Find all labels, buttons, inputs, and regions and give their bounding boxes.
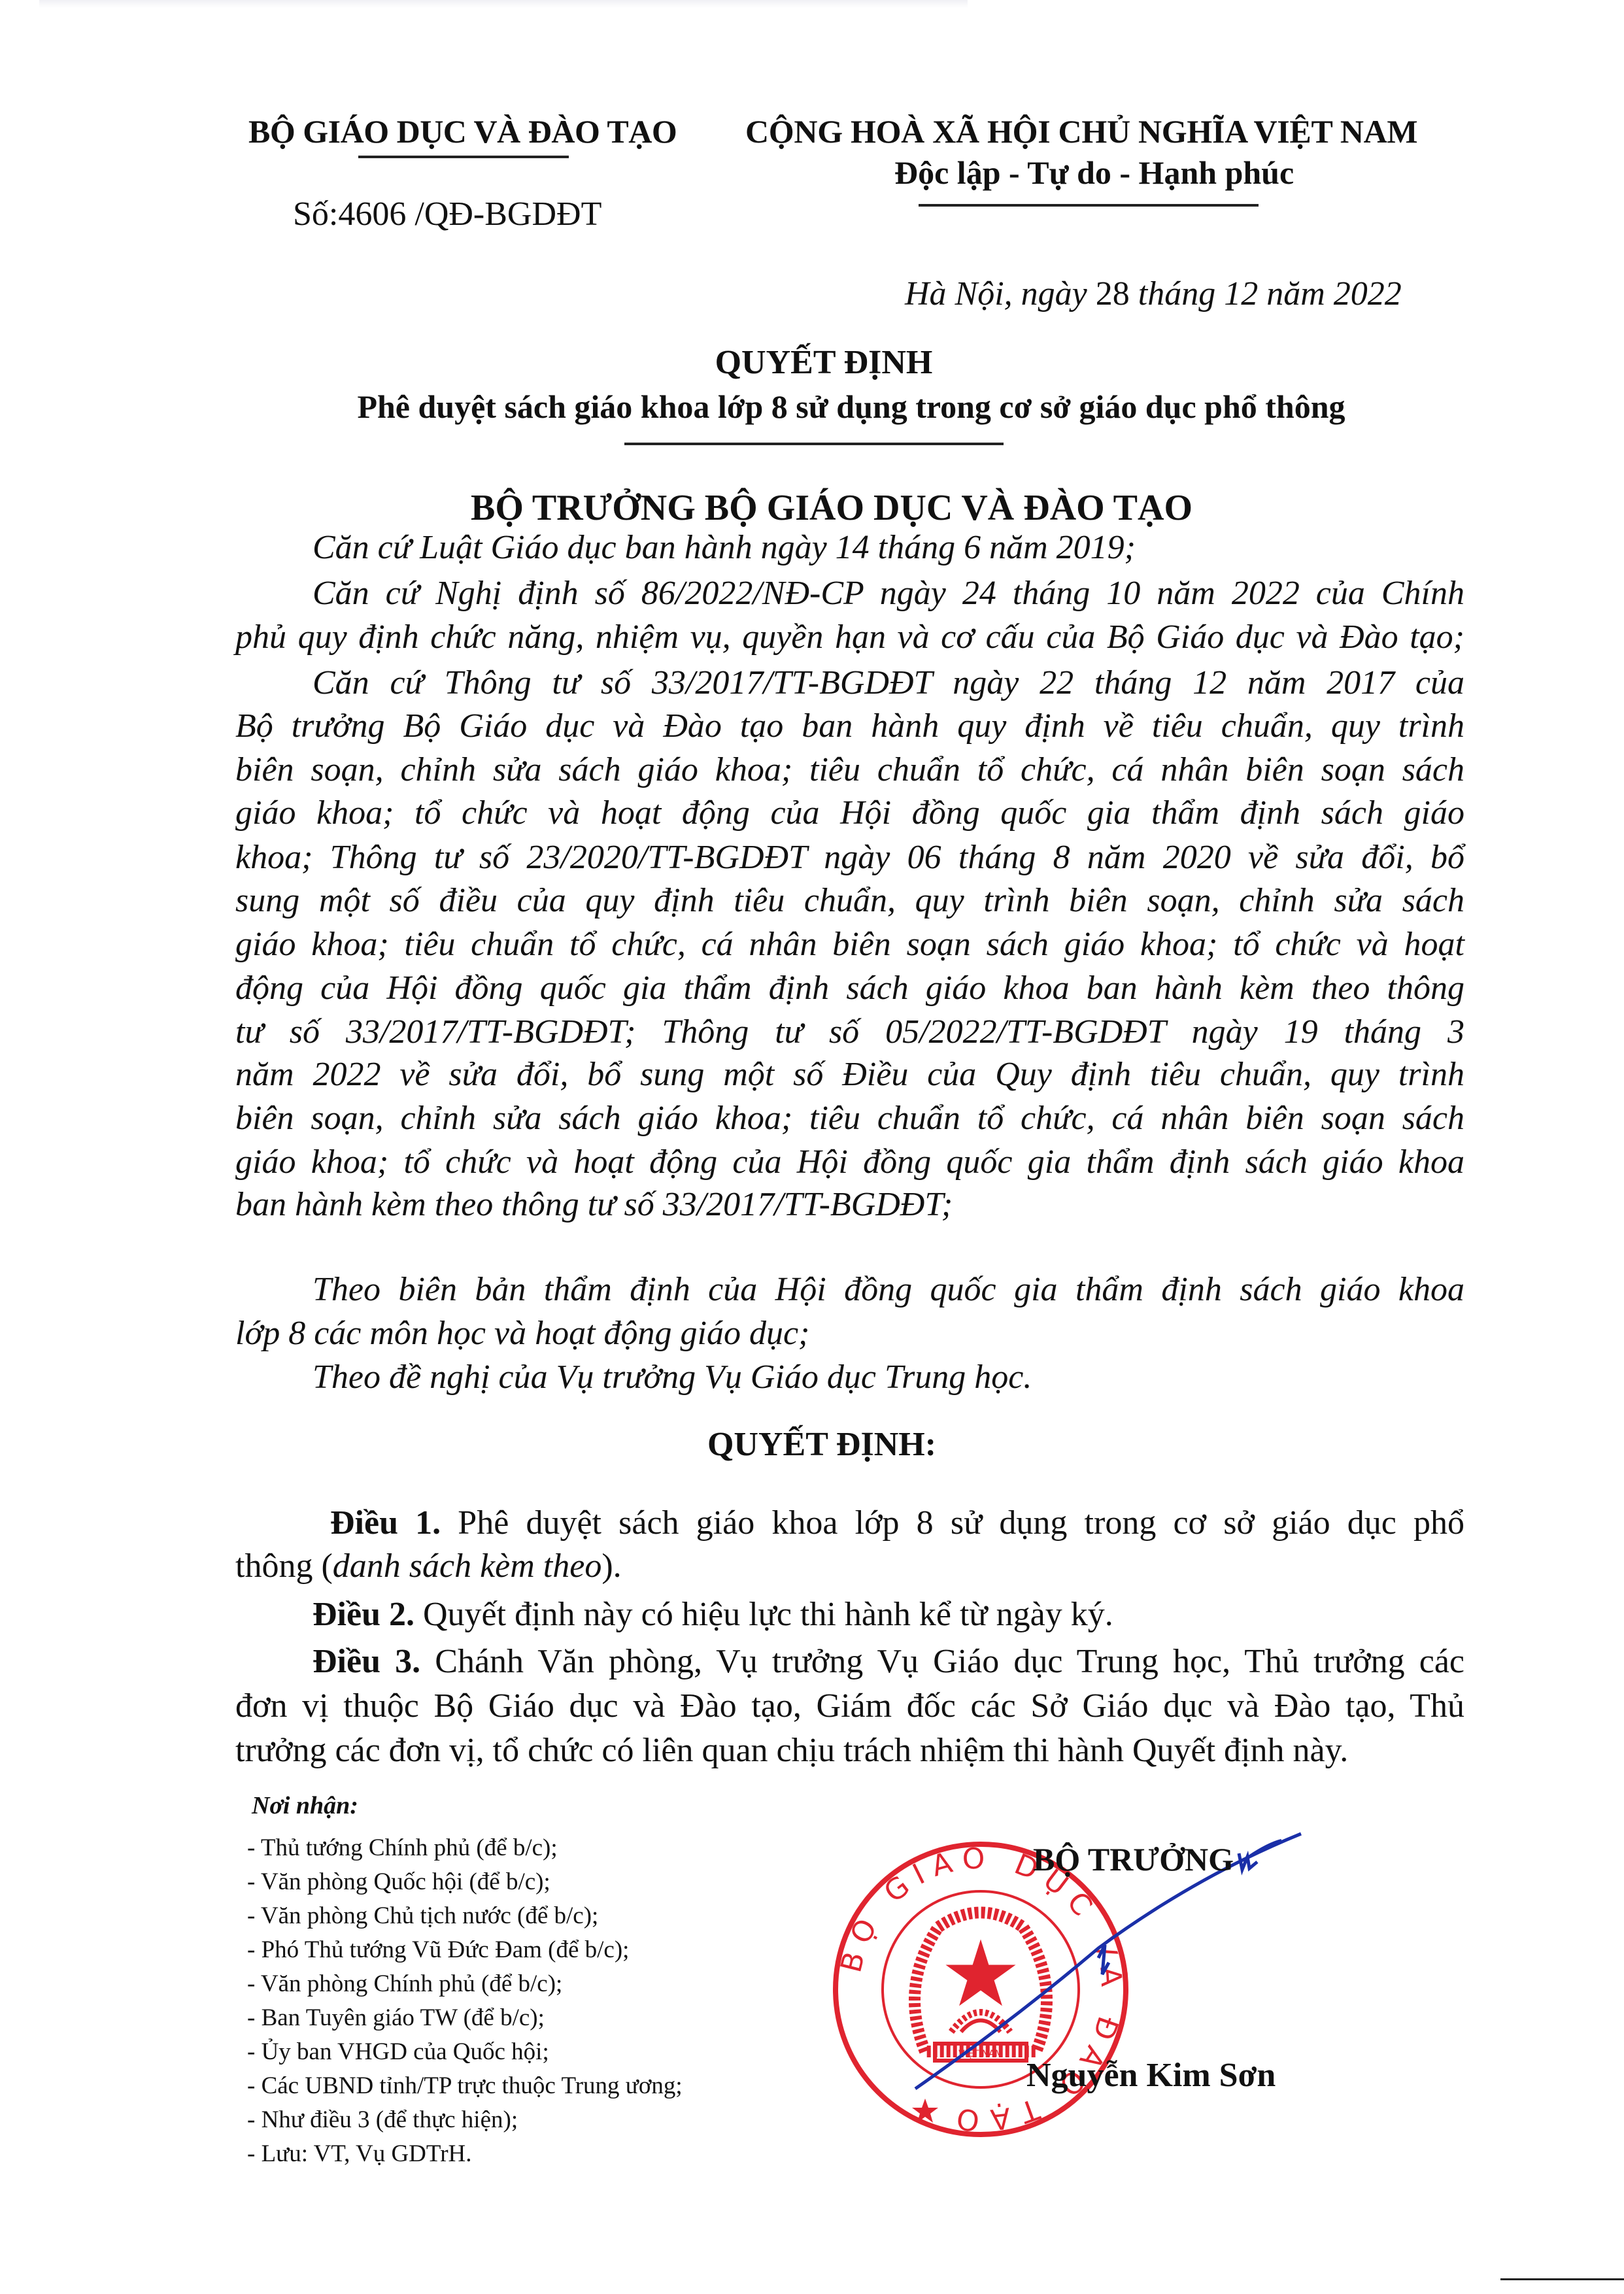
preamble-line: biên soạn, chỉnh sửa sách giáo khoa; tiê… xyxy=(235,751,1464,789)
document-number: Số:4606 /QĐ-BGDĐT xyxy=(293,195,601,233)
document-type-heading: QUYẾT ĐỊNH xyxy=(0,343,1624,382)
recipient-item: - Như điều 3 (để thực hiện); xyxy=(247,2106,518,2134)
preamble-line: năm 2022 về sửa đổi, bổ sung một số Điều… xyxy=(235,1055,1464,1094)
issuing-authority: BỘ TRƯỞNG BỘ GIÁO DỤC VÀ ĐÀO TẠO xyxy=(0,487,1624,529)
preamble-line: giáo khoa; tổ chức và hoạt động của Hội … xyxy=(235,794,1464,832)
doc-number-label: Số: xyxy=(293,195,338,233)
recipient-item: - Thủ tướng Chính phủ (để b/c); xyxy=(247,1834,558,1862)
article-3-text: Chánh Văn phòng, Vụ trưởng Vụ Giáo dục T… xyxy=(420,1643,1464,1680)
article-1-line-2: thông (danh sách kèm theo). xyxy=(235,1547,1464,1585)
preamble-line: Căn cứ Nghị định số 86/2022/NĐ-CP ngày 2… xyxy=(313,574,1464,613)
preamble-line: phủ quy định chức năng, nhiệm vụ, quyền … xyxy=(235,618,1464,656)
scan-artifact xyxy=(39,0,968,8)
recipient-item: - Văn phòng Quốc hội (để b/c); xyxy=(247,1868,550,1896)
article-3-line-2: đơn vị thuộc Bộ Giáo dục và Đào tạo, Giá… xyxy=(235,1687,1464,1725)
article-2-label: Điều 2. xyxy=(313,1596,414,1633)
article-1-text-end: ). xyxy=(601,1547,621,1585)
doc-code: /QĐ-BGDĐT xyxy=(406,195,601,233)
doc-number-value: 4606 xyxy=(338,195,406,233)
preamble-line: Bộ trưởng Bộ Giáo dục và Đào tạo ban hàn… xyxy=(235,707,1464,745)
recipients-heading: Nơi nhận: xyxy=(252,1791,358,1820)
preamble-line: sung một số điều của quy định tiêu chuẩn… xyxy=(235,881,1464,920)
preamble-line: Theo biên bản thẩm định của Hội đồng quố… xyxy=(313,1270,1464,1309)
date-day: 28 xyxy=(1096,275,1130,312)
preamble-line: giáo khoa; tiêu chuẩn tổ chức, cá nhân b… xyxy=(235,925,1464,964)
article-3-label: Điều 3. xyxy=(313,1643,420,1680)
article-2-text: Quyết định này có hiệu lực thi hành kể t… xyxy=(414,1596,1113,1633)
signer-name: Nguyễn Kim Sơn xyxy=(1026,2056,1276,2095)
preamble-line: Căn cứ Luật Giáo dục ban hành ngày 14 th… xyxy=(313,528,1464,567)
decision-heading: QUYẾT ĐỊNH: xyxy=(0,1425,1624,1464)
article-1-text: Phê duyệt sách giáo khoa lớp 8 sử dụng t… xyxy=(441,1504,1464,1542)
signer-title: BỘ TRƯỞNG xyxy=(1033,1840,1234,1878)
motto-underline xyxy=(919,204,1259,207)
subject-underline xyxy=(624,443,1004,445)
preamble-line: giáo khoa; tổ chức và hoạt động của Hội … xyxy=(235,1143,1464,1181)
preamble-line: lớp 8 các môn học và hoạt động giáo dục; xyxy=(235,1314,1464,1353)
national-motto: Độc lập - Tự do - Hạnh phúc xyxy=(894,154,1294,192)
article-1-text-cont: thông ( xyxy=(235,1547,333,1585)
preamble-line: động của Hội đồng quốc gia thẩm định sác… xyxy=(235,969,1464,1007)
date-month-year: tháng 12 năm 2022 xyxy=(1130,275,1402,312)
country-name: CỘNG HOÀ XÃ HỘI CHỦ NGHĨA VIỆT NAM xyxy=(745,112,1417,150)
preamble-line: tư số 33/2017/TT-BGDĐT; Thông tư số 05/2… xyxy=(235,1013,1464,1051)
preamble-line: khoa; Thông tư số 23/2020/TT-BGDĐT ngày … xyxy=(235,838,1464,877)
recipient-item: - Phó Thủ tướng Vũ Đức Đam (để b/c); xyxy=(247,1936,629,1964)
preamble-line: Theo đề nghị của Vụ trưởng Vụ Giáo dục T… xyxy=(313,1358,1464,1396)
recipient-item: - Các UBND tỉnh/TP trực thuộc Trung ương… xyxy=(247,2072,683,2100)
preamble-line: biên soạn, chỉnh sửa sách giáo khoa; tiê… xyxy=(235,1099,1464,1138)
issue-date: Hà Nội, ngày 28 tháng 12 năm 2022 xyxy=(905,275,1402,313)
scan-edge xyxy=(1500,2278,1624,2280)
document-subject: Phê duyệt sách giáo khoa lớp 8 sử dụng t… xyxy=(0,388,1624,426)
recipient-item: - Văn phòng Chính phủ (để b/c); xyxy=(247,1970,562,1998)
preamble-line: Căn cứ Thông tư số 33/2017/TT-BGDĐT ngày… xyxy=(313,664,1464,702)
ministry-underline xyxy=(358,156,569,158)
ministry-name: BỘ GIÁO DỤC VÀ ĐÀO TẠO xyxy=(248,112,677,150)
recipient-item: - Lưu: VT, Vụ GDTrH. xyxy=(247,2140,472,2168)
article-1-label: Điều 1. xyxy=(330,1504,441,1542)
article-3-line-3: trưởng các đơn vị, tổ chức có liên quan … xyxy=(235,1731,1464,1770)
article-1-attachment-note: danh sách kèm theo xyxy=(333,1547,602,1585)
article-2: Điều 2. Quyết định này có hiệu lực thi h… xyxy=(313,1595,1464,1634)
recipient-item: - Ủy ban VHGD của Quốc hội; xyxy=(247,2038,549,2066)
date-place: Hà Nội, ngày xyxy=(905,275,1096,312)
article-1-line-1: Điều 1. Phê duyệt sách giáo khoa lớp 8 s… xyxy=(330,1504,1464,1542)
recipient-item: - Văn phòng Chủ tịch nước (để b/c); xyxy=(247,1902,598,1930)
article-3-line-1: Điều 3. Chánh Văn phòng, Vụ trưởng Vụ Gi… xyxy=(313,1642,1464,1681)
recipient-item: - Ban Tuyên giáo TW (để b/c); xyxy=(247,2004,545,2032)
preamble-line: ban hành kèm theo thông tư số 33/2017/TT… xyxy=(235,1185,1464,1224)
